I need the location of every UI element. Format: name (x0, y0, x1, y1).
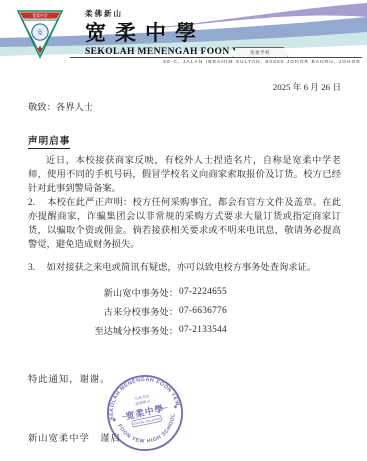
subject-heading: 声明启事 (28, 133, 70, 149)
crest-band-text: 宽柔中学 (32, 13, 47, 18)
contact-row: 至达城分校事务处： 07-2133544 (50, 320, 310, 339)
region-label: 柔佛新山 (85, 8, 256, 19)
contact-label: 新山宽中事务处： (50, 285, 178, 299)
contact-row: 古来分校事务处： 07-6636776 (50, 301, 310, 320)
school-crest-logo: 宽柔中学 宽 (17, 7, 63, 59)
contact-phone: 07-2224655 (178, 287, 227, 297)
contact-phone: 07-2133544 (178, 325, 227, 335)
school-name-english: SEKOLAH MENENGAH FOON YEW (85, 47, 256, 57)
date-line: 2025 年 6 月 26 日 (273, 80, 341, 93)
letter-page: 宽柔中学 宽 柔佛新山 宽柔中學 SEKOLAH MENENGAH FOON Y… (0, 0, 367, 461)
letterhead-titles: 柔佛新山 宽柔中學 SEKOLAH MENENGAH FOON YEW (85, 8, 256, 57)
closing-line: 特此通知，谢谢。 (28, 371, 110, 385)
school-name-chinese: 宽柔中學 (85, 21, 256, 45)
school-address: 58-C, JALAN IBRAHIM SULTAN, 80300 JOHOR … (163, 60, 361, 65)
contact-label: 古来分校事务处： (50, 304, 178, 318)
contact-label: 至达城分校事务处： (50, 323, 178, 337)
contact-phone: 07-6636776 (178, 306, 227, 316)
paragraph-1: 近日，本校接获商家反映，有校外人士捏造名片，自称是宽柔中学老师，使用不同的手机号… (28, 154, 341, 196)
header-rule (70, 57, 362, 58)
paragraph-3: 3. 如对接获之来电或简讯有疑虑，亦可以致电校方事务处查询求证。 (28, 261, 341, 275)
recipient-line: 敬致：各界人士 (28, 99, 93, 113)
contact-list: 新山宽中事务处： 07-2224655 古来分校事务处： 07-6636776 … (50, 282, 310, 339)
paragraph-2: 2. 本校在此严正声明：校方任何采购事宜，都会有官方文件及盖章。在此亦提醒商家，… (28, 196, 341, 252)
signature-line: 新山宽柔中学 谨启 (28, 430, 121, 444)
contact-row: 新山宽中事务处： 07-2224655 (50, 282, 310, 301)
tab-badge-text: 宽柔学村 (250, 50, 270, 56)
seal-star-left: ✱ (112, 417, 117, 424)
crest-center-glyph: 宽 (37, 29, 43, 37)
